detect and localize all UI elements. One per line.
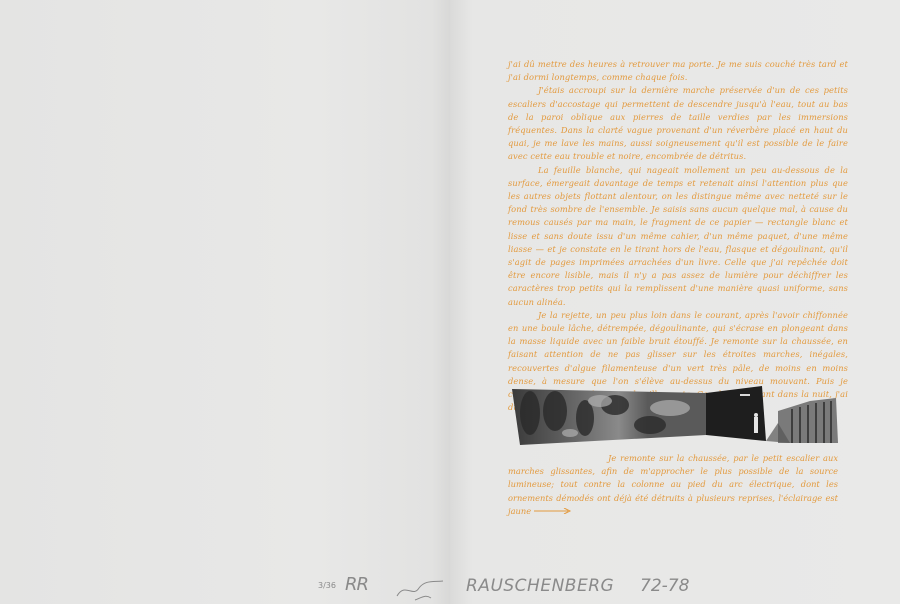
paragraph-1: j'ai dû mettre des heures à retrouver ma… <box>508 58 848 84</box>
arrow-right-icon <box>534 508 572 514</box>
paragraph-5: Je remonte sur la chaussée, par le petit… <box>508 452 838 518</box>
paragraph-3: La feuille blanche, qui nageait mollemen… <box>508 164 848 309</box>
edition-number: 3/36 <box>318 581 336 590</box>
signature-row: 3/36 RR RAUSCHENBERG 72-78 <box>0 574 900 604</box>
standing-figure <box>754 417 758 433</box>
collage-image <box>510 383 840 447</box>
paragraph-2: J'étais accroupi sur la dernière marche … <box>508 84 848 163</box>
artist-signature: RAUSCHENBERG <box>466 576 614 596</box>
photo-collage <box>510 383 840 447</box>
handwritten-text-top: j'ai dû mettre des heures à retrouver ma… <box>508 58 848 414</box>
signature-scribble <box>395 578 445 602</box>
handwritten-text-bottom: Je remonte sur la chaussée, par le petit… <box>508 452 838 518</box>
signature-year: 72-78 <box>640 576 689 596</box>
artist-initials: RR <box>345 574 368 595</box>
left-page-blank <box>0 0 450 604</box>
